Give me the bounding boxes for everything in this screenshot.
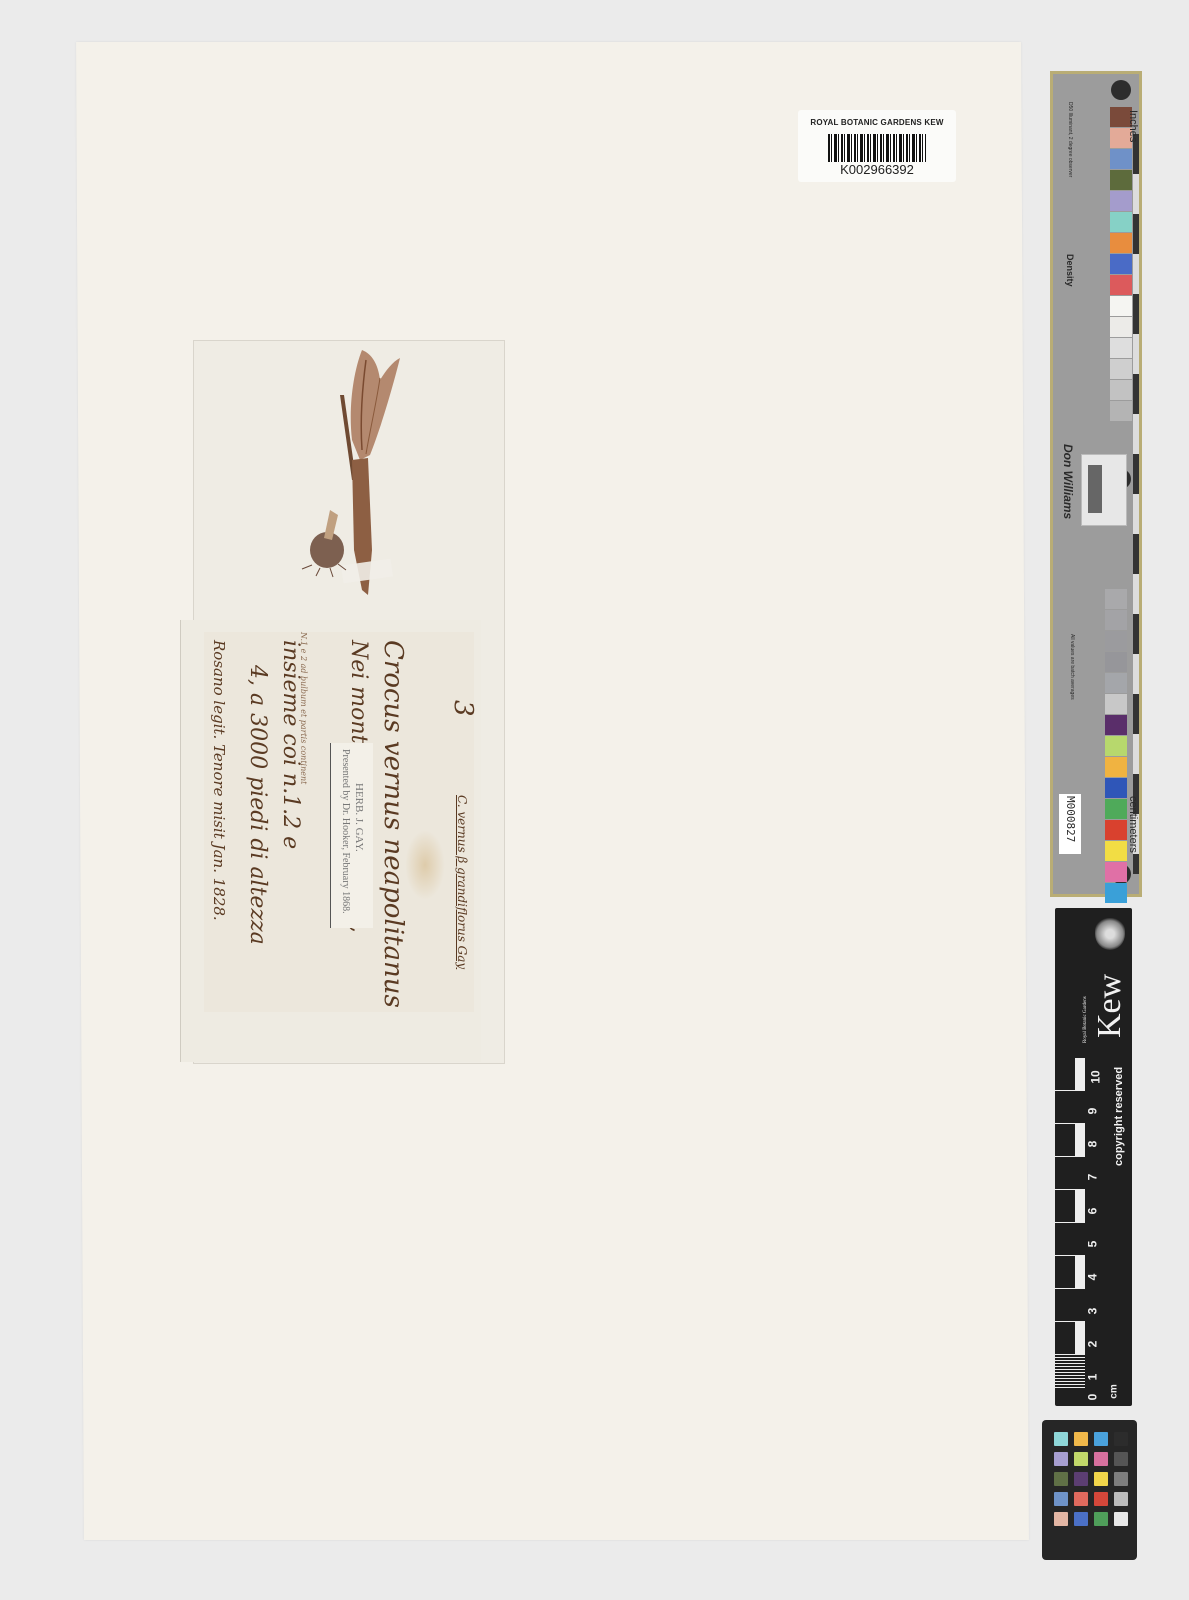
grey-target [1081, 454, 1127, 526]
serial-box: M000827 [1059, 794, 1081, 854]
cm-tick-5: 5 [1085, 1241, 1099, 1248]
handwritten-line-4: 4, a 3000 piedi di altezza [245, 665, 270, 945]
stamp-line-2: Presented by Dr. Hooker, February 1868. [340, 749, 351, 914]
barcode [828, 134, 926, 162]
cm-tick-10: 10 [1089, 1070, 1103, 1083]
ruler-serial: M000827 [1064, 796, 1077, 842]
paper-stain [405, 830, 445, 900]
cm-tick-2: 2 [1085, 1341, 1099, 1348]
color-patches-bottom [1105, 589, 1127, 904]
barcode-label: ROYAL BOTANIC GARDENS KEW K002966392 [798, 110, 956, 182]
color-calibration-ruler: Inches centimeters Density D50 Illuminan… [1050, 71, 1142, 897]
color-patches-top [1110, 107, 1132, 422]
cm-tick-0: 0 [1085, 1394, 1099, 1401]
centimeters-label: centimeters [1127, 796, 1139, 853]
cm-unit-label: cm [1109, 1384, 1120, 1398]
kew-scale-bar: Kew Royal Botanic Gardens copyright rese… [1055, 908, 1132, 1406]
density-label: Density [1065, 254, 1075, 287]
handwritten-line-3: insieme coi n.1.2 e [278, 640, 303, 849]
specimen-number: 3 [448, 700, 478, 717]
ruler-hole-icon [1111, 80, 1131, 100]
barcode-number: K002966392 [798, 162, 956, 177]
inches-label: Inches [1127, 110, 1139, 142]
stamp-line-1: HERB. J. GAY. [353, 783, 365, 852]
kew-logo-subtitle: Royal Botanic Gardens [1083, 996, 1088, 1043]
cm-tick-6: 6 [1085, 1208, 1099, 1215]
kew-logo: Kew [1091, 974, 1129, 1038]
handwritten-line-1: Crocus vernus neapolitanus [378, 640, 408, 1008]
values-note: All values are batch averages [1069, 634, 1075, 700]
institution-name: ROYAL BOTANIC GARDENS KEW [798, 118, 956, 127]
cm-tick-3: 3 [1085, 1308, 1099, 1315]
cm-scale-blocks [1055, 1058, 1085, 1398]
kew-crest-icon [1095, 918, 1125, 950]
copyright-label: copyright reserved [1113, 1067, 1125, 1166]
pressed-crocus-specimen [300, 350, 430, 620]
cm-tick-7: 7 [1085, 1174, 1099, 1181]
handwritten-line-5: Rosano legit. Tenore misit Jan. 1828. [210, 640, 228, 921]
ruler-brand: Don Williams [1061, 444, 1075, 519]
ruler-tick-scale [1133, 134, 1139, 874]
color-checker-card [1042, 1420, 1137, 1560]
identification-annotation: C. vernus β grandiflorus Gay [455, 795, 469, 969]
cm-tick-4: 4 [1085, 1274, 1099, 1281]
illuminant-note: D50 Illuminant, 2 degree observer [1067, 102, 1073, 177]
cm-tick-8: 8 [1085, 1141, 1099, 1148]
cm-tick-9: 9 [1085, 1108, 1099, 1115]
herbarium-stamp: HERB. J. GAY. Presented by Dr. Hooker, F… [330, 743, 373, 928]
cm-tick-1: 1 [1085, 1374, 1099, 1381]
